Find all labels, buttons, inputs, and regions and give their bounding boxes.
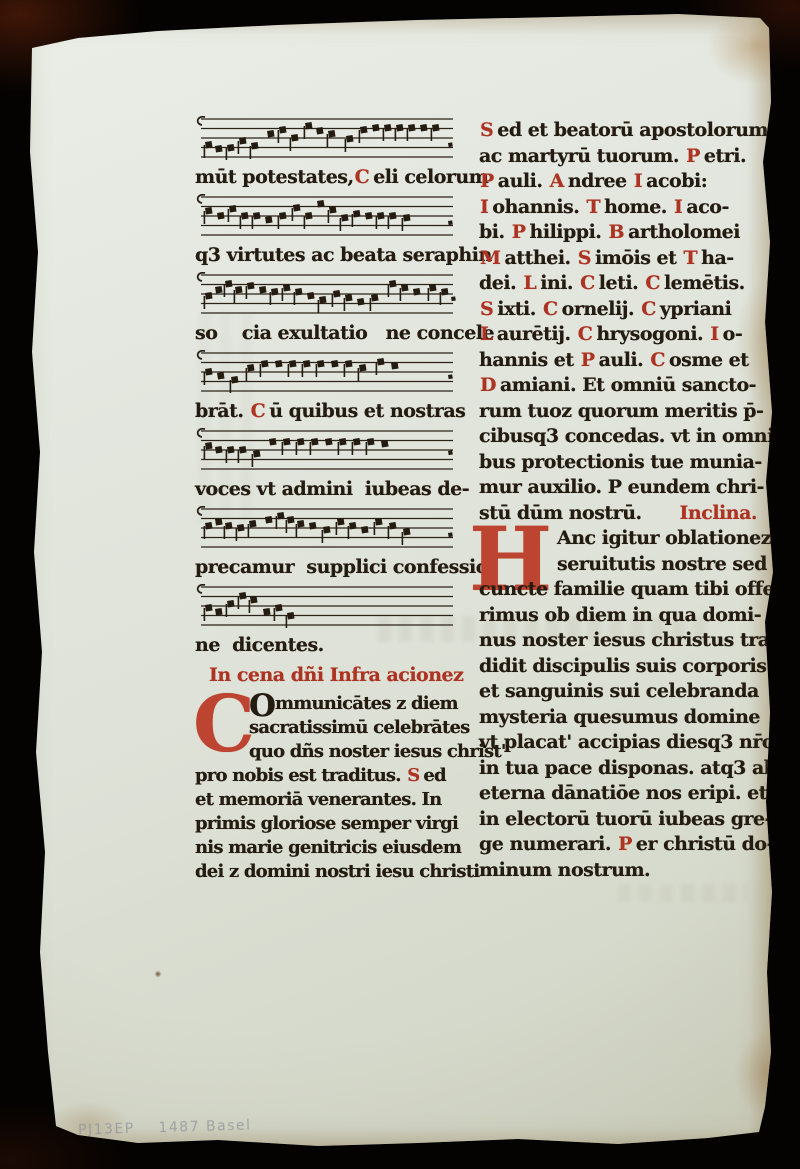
- neume-stem: [402, 532, 404, 545]
- rubric-inline-label: Inclina.: [680, 501, 757, 527]
- neume: [205, 207, 213, 215]
- neume: [341, 214, 349, 222]
- neume: [345, 360, 353, 368]
- red-initial: C: [641, 298, 656, 320]
- text-segment: et sanguinis sui celebranda: [479, 680, 759, 702]
- chant-stave: [195, 584, 457, 628]
- neume: [237, 524, 245, 532]
- red-initial: Inclina.: [680, 502, 757, 524]
- text-line: minum nostrum.: [479, 858, 761, 884]
- text-segment: voces vt admini iubeas de-: [195, 478, 469, 500]
- neume: [205, 442, 213, 450]
- text-line: Matthei. Simōis et Tha-: [479, 246, 761, 272]
- neume-stem: [224, 526, 226, 539]
- neume-stem: [226, 148, 228, 160]
- neume: [337, 518, 345, 526]
- chant-text-line: mūt potestates,Celi celorum: [195, 165, 457, 190]
- neume: [451, 296, 456, 301]
- text-segment: bi.: [479, 221, 511, 243]
- text-segment: ne dicentes.: [195, 634, 324, 656]
- neume-stem: [374, 522, 376, 535]
- neume: [205, 604, 213, 612]
- neume: [303, 360, 311, 368]
- neume: [349, 522, 357, 530]
- text-segment: ac martyrū tuorum.: [479, 145, 685, 167]
- neume: [403, 528, 411, 536]
- neume: [269, 438, 277, 446]
- paragraph-line: primis gloriose semper virgi: [195, 812, 457, 836]
- neume-stem: [204, 145, 206, 158]
- neume-stem: [288, 364, 290, 377]
- neume: [420, 124, 428, 132]
- neume-stem: [383, 128, 385, 141]
- neume: [279, 126, 287, 134]
- neume-stem: [246, 368, 248, 381]
- neume-stem: [204, 211, 206, 224]
- neume: [217, 372, 225, 380]
- neume: [333, 290, 341, 298]
- text-segment: ed: [423, 765, 445, 786]
- neume-stem: [286, 520, 288, 533]
- neume: [227, 144, 235, 152]
- text-segment: et memoriā venerantes. In: [195, 789, 441, 810]
- chant-text-line: voces vt admini iubeas de-: [195, 477, 457, 502]
- neume: [279, 212, 287, 220]
- red-initial: A: [550, 170, 564, 192]
- prayer-text-column: Sed et beatorū apostolorumac martyrū tuo…: [479, 118, 761, 883]
- red-initial: I: [674, 196, 682, 218]
- text-segment: acobi:: [646, 170, 707, 192]
- neume-stem: [249, 600, 251, 613]
- text-segment: primis gloriose semper virgi: [195, 813, 458, 834]
- chant-text-line: ne dicentes.: [195, 633, 457, 658]
- text-segment: auli.: [599, 349, 650, 371]
- neume-stem: [278, 130, 280, 143]
- neume-stem: [228, 209, 230, 222]
- neume: [215, 518, 223, 526]
- neume-stem: [204, 526, 206, 539]
- text-segment: o-: [723, 323, 743, 345]
- red-initial: B: [609, 221, 625, 243]
- neume-stem: [407, 128, 409, 141]
- neume-stem: [248, 524, 250, 537]
- neume-stem: [278, 216, 280, 229]
- neume: [448, 220, 453, 225]
- communicantes-paragraph: COmmunicātes z diemsacratissimū celebrāt…: [195, 692, 457, 884]
- neume: [448, 374, 453, 379]
- ink-showthrough: [618, 884, 748, 902]
- neume: [287, 612, 295, 620]
- text-line: ac martyrū tuorum. Petri.: [479, 144, 761, 170]
- neume-stem: [316, 364, 318, 377]
- neume: [307, 292, 315, 300]
- text-segment: sacratissimū celebrātes: [249, 717, 470, 738]
- neume: [448, 450, 453, 455]
- text-segment: in electorū tuorū iubeas gre-: [479, 808, 772, 830]
- chant-text-line: q3 virtutes ac beata seraphin: [195, 243, 457, 268]
- neume: [265, 516, 273, 524]
- neume-stem: [230, 380, 232, 393]
- chant-stave: [195, 428, 457, 472]
- neume-stem: [402, 218, 404, 231]
- neume-stem: [260, 364, 262, 377]
- text-segment: mmunicātes z diem: [275, 693, 458, 714]
- neume: [375, 518, 383, 526]
- red-initial: D: [480, 374, 496, 396]
- text-segment: brāt.: [195, 400, 250, 422]
- neume: [259, 286, 267, 294]
- text-segment: mūt potestates,: [195, 166, 354, 188]
- text-segment: home.: [604, 196, 673, 218]
- neume: [227, 600, 235, 608]
- neume: [297, 520, 305, 528]
- neume: [317, 200, 325, 208]
- stave-svg: [195, 116, 457, 160]
- neume-stem: [250, 146, 252, 159]
- neume: [389, 522, 397, 530]
- neume: [319, 296, 327, 304]
- text-line: Laurētij. Chrysogoni. Io-: [479, 322, 761, 348]
- red-initial: C: [580, 272, 595, 294]
- neume-stem: [204, 296, 206, 309]
- neume-stem: [226, 604, 228, 617]
- neume-stem: [286, 616, 288, 628]
- neume: [239, 137, 247, 145]
- text-segment: auli.: [498, 170, 549, 192]
- text-segment: artholomei: [628, 221, 740, 243]
- text-line: didit discipulis suis corporis: [479, 654, 761, 680]
- text-line: Sed et beatorū apostolorum: [479, 118, 761, 144]
- neume: [371, 294, 379, 302]
- text-line: bi. Philippi. Bartholomei: [479, 220, 761, 246]
- red-initial: P: [686, 145, 700, 167]
- neume: [217, 212, 225, 220]
- text-line: vt placat' accipias diesq3 nr̄os: [479, 730, 761, 756]
- neume-stem: [238, 141, 240, 154]
- text-segment: in tua pace disponas. atq3 ab: [479, 757, 777, 779]
- text-segment: mur auxilio. P eundem chri-: [479, 476, 764, 498]
- neume-stem: [238, 450, 240, 463]
- neume-stem: [296, 442, 298, 455]
- neume-stem: [270, 292, 272, 305]
- text-line: cuncte familie quam tibi offe-: [479, 577, 761, 603]
- text-line: mysteria quesumus domine: [479, 705, 761, 731]
- text-segment: nis marie genitricis eiusdem: [195, 837, 461, 858]
- neume: [360, 126, 368, 134]
- neume-stem: [294, 292, 296, 305]
- neume: [261, 360, 269, 368]
- neume-stem: [344, 298, 346, 311]
- neume: [448, 142, 453, 147]
- clef-hook: [198, 117, 205, 125]
- neume-stem: [246, 286, 248, 299]
- red-initial: L: [480, 323, 493, 345]
- neume: [231, 376, 239, 384]
- neume: [225, 280, 233, 288]
- neume-stem: [428, 288, 430, 301]
- neume: [403, 214, 411, 222]
- neume: [401, 284, 409, 292]
- text-segment: hrysogoni.: [596, 323, 709, 345]
- neume-stem: [440, 292, 442, 305]
- stave-svg: [195, 428, 457, 472]
- neume-stem: [348, 526, 350, 539]
- text-line: Iohannis. Thome. Iaco-: [479, 195, 761, 221]
- neume: [384, 124, 392, 132]
- neume: [329, 206, 337, 214]
- neume: [367, 438, 375, 446]
- text-segment: q3 virtutes ac beata seraphin: [195, 244, 492, 266]
- chant-stave: [195, 272, 457, 316]
- red-initial: L: [523, 272, 536, 294]
- neume: [277, 512, 285, 520]
- neume: [271, 288, 279, 296]
- neume: [247, 282, 255, 290]
- neume-stem: [322, 530, 324, 543]
- neume-stem: [292, 208, 294, 221]
- text-segment: mysteria quesumus domine: [479, 706, 760, 728]
- text-line: seruitutis nostre sed et: [479, 552, 761, 578]
- text-segment: vt placat' accipias diesq3 nr̄os: [479, 731, 784, 753]
- stave-svg: [195, 506, 457, 550]
- neume: [289, 360, 297, 368]
- text-segment: ed et beatorū apostolorum: [497, 119, 768, 141]
- neume: [345, 294, 353, 302]
- neume-stem: [204, 446, 206, 459]
- neume: [283, 284, 291, 292]
- neume-stem: [282, 442, 284, 455]
- neume: [389, 212, 397, 220]
- text-segment: osme et: [669, 349, 749, 371]
- clef-hook: [198, 507, 205, 515]
- neume: [293, 204, 301, 212]
- neume: [295, 288, 303, 296]
- neume: [253, 212, 261, 220]
- red-initial: P: [618, 833, 632, 855]
- neume: [317, 360, 325, 368]
- neume-stem: [296, 524, 298, 537]
- neume: [316, 127, 324, 135]
- stave-svg: [195, 194, 457, 238]
- neume: [239, 446, 247, 454]
- neume: [361, 526, 369, 534]
- neume: [432, 124, 440, 132]
- text-segment: Anc igitur oblationez: [557, 527, 771, 549]
- text-segment: atthei.: [505, 247, 577, 269]
- red-initial: S: [407, 765, 419, 786]
- stave-svg: [195, 272, 457, 316]
- text-segment: ū quibus et nostras: [269, 400, 465, 422]
- text-segment: rum tuoz quorum meritis p̄-: [479, 400, 763, 422]
- text-line: Pauli. Andree Iacobi:: [479, 169, 761, 195]
- text-line: in tua pace disponas. atq3 ab: [479, 756, 761, 782]
- neume: [215, 145, 223, 153]
- text-segment: eli celorum: [373, 166, 488, 188]
- neume-stem: [395, 128, 397, 141]
- text-segment: etri.: [704, 145, 746, 167]
- text-segment: ini.: [540, 272, 579, 294]
- text-segment: ha-: [701, 247, 734, 269]
- neume-stem: [388, 216, 390, 229]
- neume-stem: [252, 454, 254, 467]
- neume: [331, 360, 339, 368]
- neume: [215, 286, 223, 294]
- neume: [389, 280, 397, 288]
- text-segment: ndree: [568, 170, 633, 192]
- neume-stem: [236, 528, 238, 541]
- neume: [253, 450, 261, 458]
- neume-stem: [352, 214, 354, 227]
- text-segment: lemētis.: [664, 272, 745, 294]
- neume: [408, 124, 416, 132]
- neume-stem: [310, 442, 312, 455]
- red-initial: C: [355, 166, 370, 188]
- neume-stem: [224, 284, 226, 297]
- neume-stem: [340, 218, 342, 231]
- neume: [377, 358, 385, 366]
- red-initial: P: [581, 349, 595, 371]
- neume-stem: [344, 364, 346, 377]
- text-segment: leti.: [599, 272, 645, 294]
- text-line: dei. Lini. Cleti. Clemētis.: [479, 271, 761, 297]
- neume-stem: [304, 216, 306, 229]
- text-line: HAnc igitur oblationez: [479, 526, 761, 552]
- neume-stem: [290, 138, 292, 151]
- text-segment: ornelij.: [562, 298, 641, 320]
- neume: [205, 522, 213, 530]
- red-initial: C: [578, 323, 593, 345]
- neume: [225, 522, 233, 530]
- neume-stem: [338, 442, 340, 455]
- text-segment: dei.: [479, 272, 522, 294]
- neume: [215, 608, 223, 616]
- clef-hook: [198, 351, 205, 359]
- neume: [311, 438, 319, 446]
- neume: [429, 284, 437, 292]
- neume: [249, 520, 257, 528]
- neume-stem: [282, 288, 284, 301]
- neume: [215, 446, 223, 454]
- text-line: in electorū tuorū iubeas gre-: [479, 807, 761, 833]
- text-segment: aco-: [686, 196, 728, 218]
- neume: [309, 522, 317, 530]
- clef-hook: [198, 429, 205, 437]
- text-segment: aurētij.: [497, 323, 577, 345]
- neume: [275, 360, 283, 368]
- neume: [377, 212, 385, 220]
- stave-svg: [195, 350, 457, 394]
- red-initial: I: [480, 196, 488, 218]
- neume: [372, 124, 380, 132]
- neume: [365, 212, 373, 220]
- manuscript-leaf: mūt potestates,Celi celorumq3 virtutes a…: [18, 12, 774, 1148]
- red-initial: C: [645, 272, 660, 294]
- neume: [441, 288, 449, 296]
- neume-stem: [204, 372, 206, 385]
- text-segment: dei z domini nostri iesu christi: [195, 861, 479, 882]
- neume: [227, 446, 235, 454]
- pencil-annotation: PJ13EP 1487 Basel: [78, 1118, 252, 1139]
- stave-svg: [195, 584, 457, 628]
- neume: [323, 526, 331, 534]
- text-segment: seruitutis nostre sed et: [557, 553, 793, 575]
- text-line: et sanguinis sui celebranda: [479, 679, 761, 705]
- text-line: hannis et Pauli. Cosme et: [479, 348, 761, 374]
- neume: [239, 592, 247, 600]
- text-segment: hilippi.: [530, 221, 608, 243]
- clef-hook: [198, 273, 205, 281]
- neume: [267, 130, 275, 138]
- text-segment: er christū do-: [636, 833, 774, 855]
- neume-stem: [318, 300, 320, 313]
- neume: [325, 438, 333, 446]
- chant-text-line: precamur supplici confessio-: [195, 555, 457, 580]
- neume-stem: [328, 210, 330, 223]
- neume: [339, 438, 347, 446]
- neume: [275, 604, 283, 612]
- text-line: Damiani. Et omniū sancto-: [479, 373, 761, 399]
- text-segment: didit discipulis suis corporis: [479, 655, 766, 677]
- neume-stem: [274, 608, 276, 621]
- neume: [353, 210, 361, 218]
- neume: [229, 205, 237, 213]
- neume: [247, 364, 255, 372]
- neume-stem: [276, 516, 278, 529]
- text-line: mur auxilio. P eundem chri-: [479, 475, 761, 501]
- red-initial: I: [634, 170, 642, 192]
- chant-stave: [195, 506, 457, 550]
- text-segment: precamur supplici confessio-: [195, 556, 495, 578]
- text-segment: ixti.: [497, 298, 542, 320]
- neume: [251, 142, 259, 150]
- neume: [235, 286, 243, 294]
- neume-stem: [336, 522, 338, 535]
- text-segment: nus noster iesus christus tra-: [479, 629, 777, 651]
- neume-stem: [376, 216, 378, 229]
- neume-stem: [238, 596, 240, 609]
- text-segment: so cia exultatio ne concele: [195, 322, 494, 344]
- neume-stem: [400, 288, 402, 301]
- neume: [305, 212, 313, 220]
- chant-text-line: brāt. Cū quibus et nostras: [195, 399, 457, 424]
- neume-stem: [252, 216, 254, 229]
- red-initial: T: [586, 196, 600, 218]
- red-initial: C: [543, 298, 558, 320]
- neume: [359, 364, 367, 372]
- text-segment: eterna dānatiōe nos eripi. et: [479, 782, 767, 804]
- neume: [250, 596, 258, 604]
- red-initial: S: [578, 247, 591, 269]
- clef-hook: [198, 195, 205, 203]
- drop-cap-initial: C: [193, 689, 255, 761]
- text-segment: cibusq3 concedas. vt in omni-: [479, 425, 781, 447]
- neume: [396, 124, 404, 132]
- paragraph-line: et memoriā venerantes. In: [195, 788, 457, 812]
- neume: [413, 288, 421, 296]
- neume: [328, 130, 336, 138]
- neume-stem: [376, 362, 378, 375]
- neume: [205, 141, 213, 149]
- text-line: nus noster iesus christus tra-: [479, 628, 761, 654]
- text-segment: cuncte familie quam tibi offe-: [479, 578, 781, 600]
- red-initial: M: [480, 247, 501, 269]
- text-segment: bus protectionis tue munia-: [479, 451, 762, 473]
- red-initial: P: [480, 170, 494, 192]
- neume: [241, 212, 249, 220]
- neume: [381, 440, 389, 448]
- text-segment: hannis et: [479, 349, 580, 371]
- neume: [305, 122, 313, 130]
